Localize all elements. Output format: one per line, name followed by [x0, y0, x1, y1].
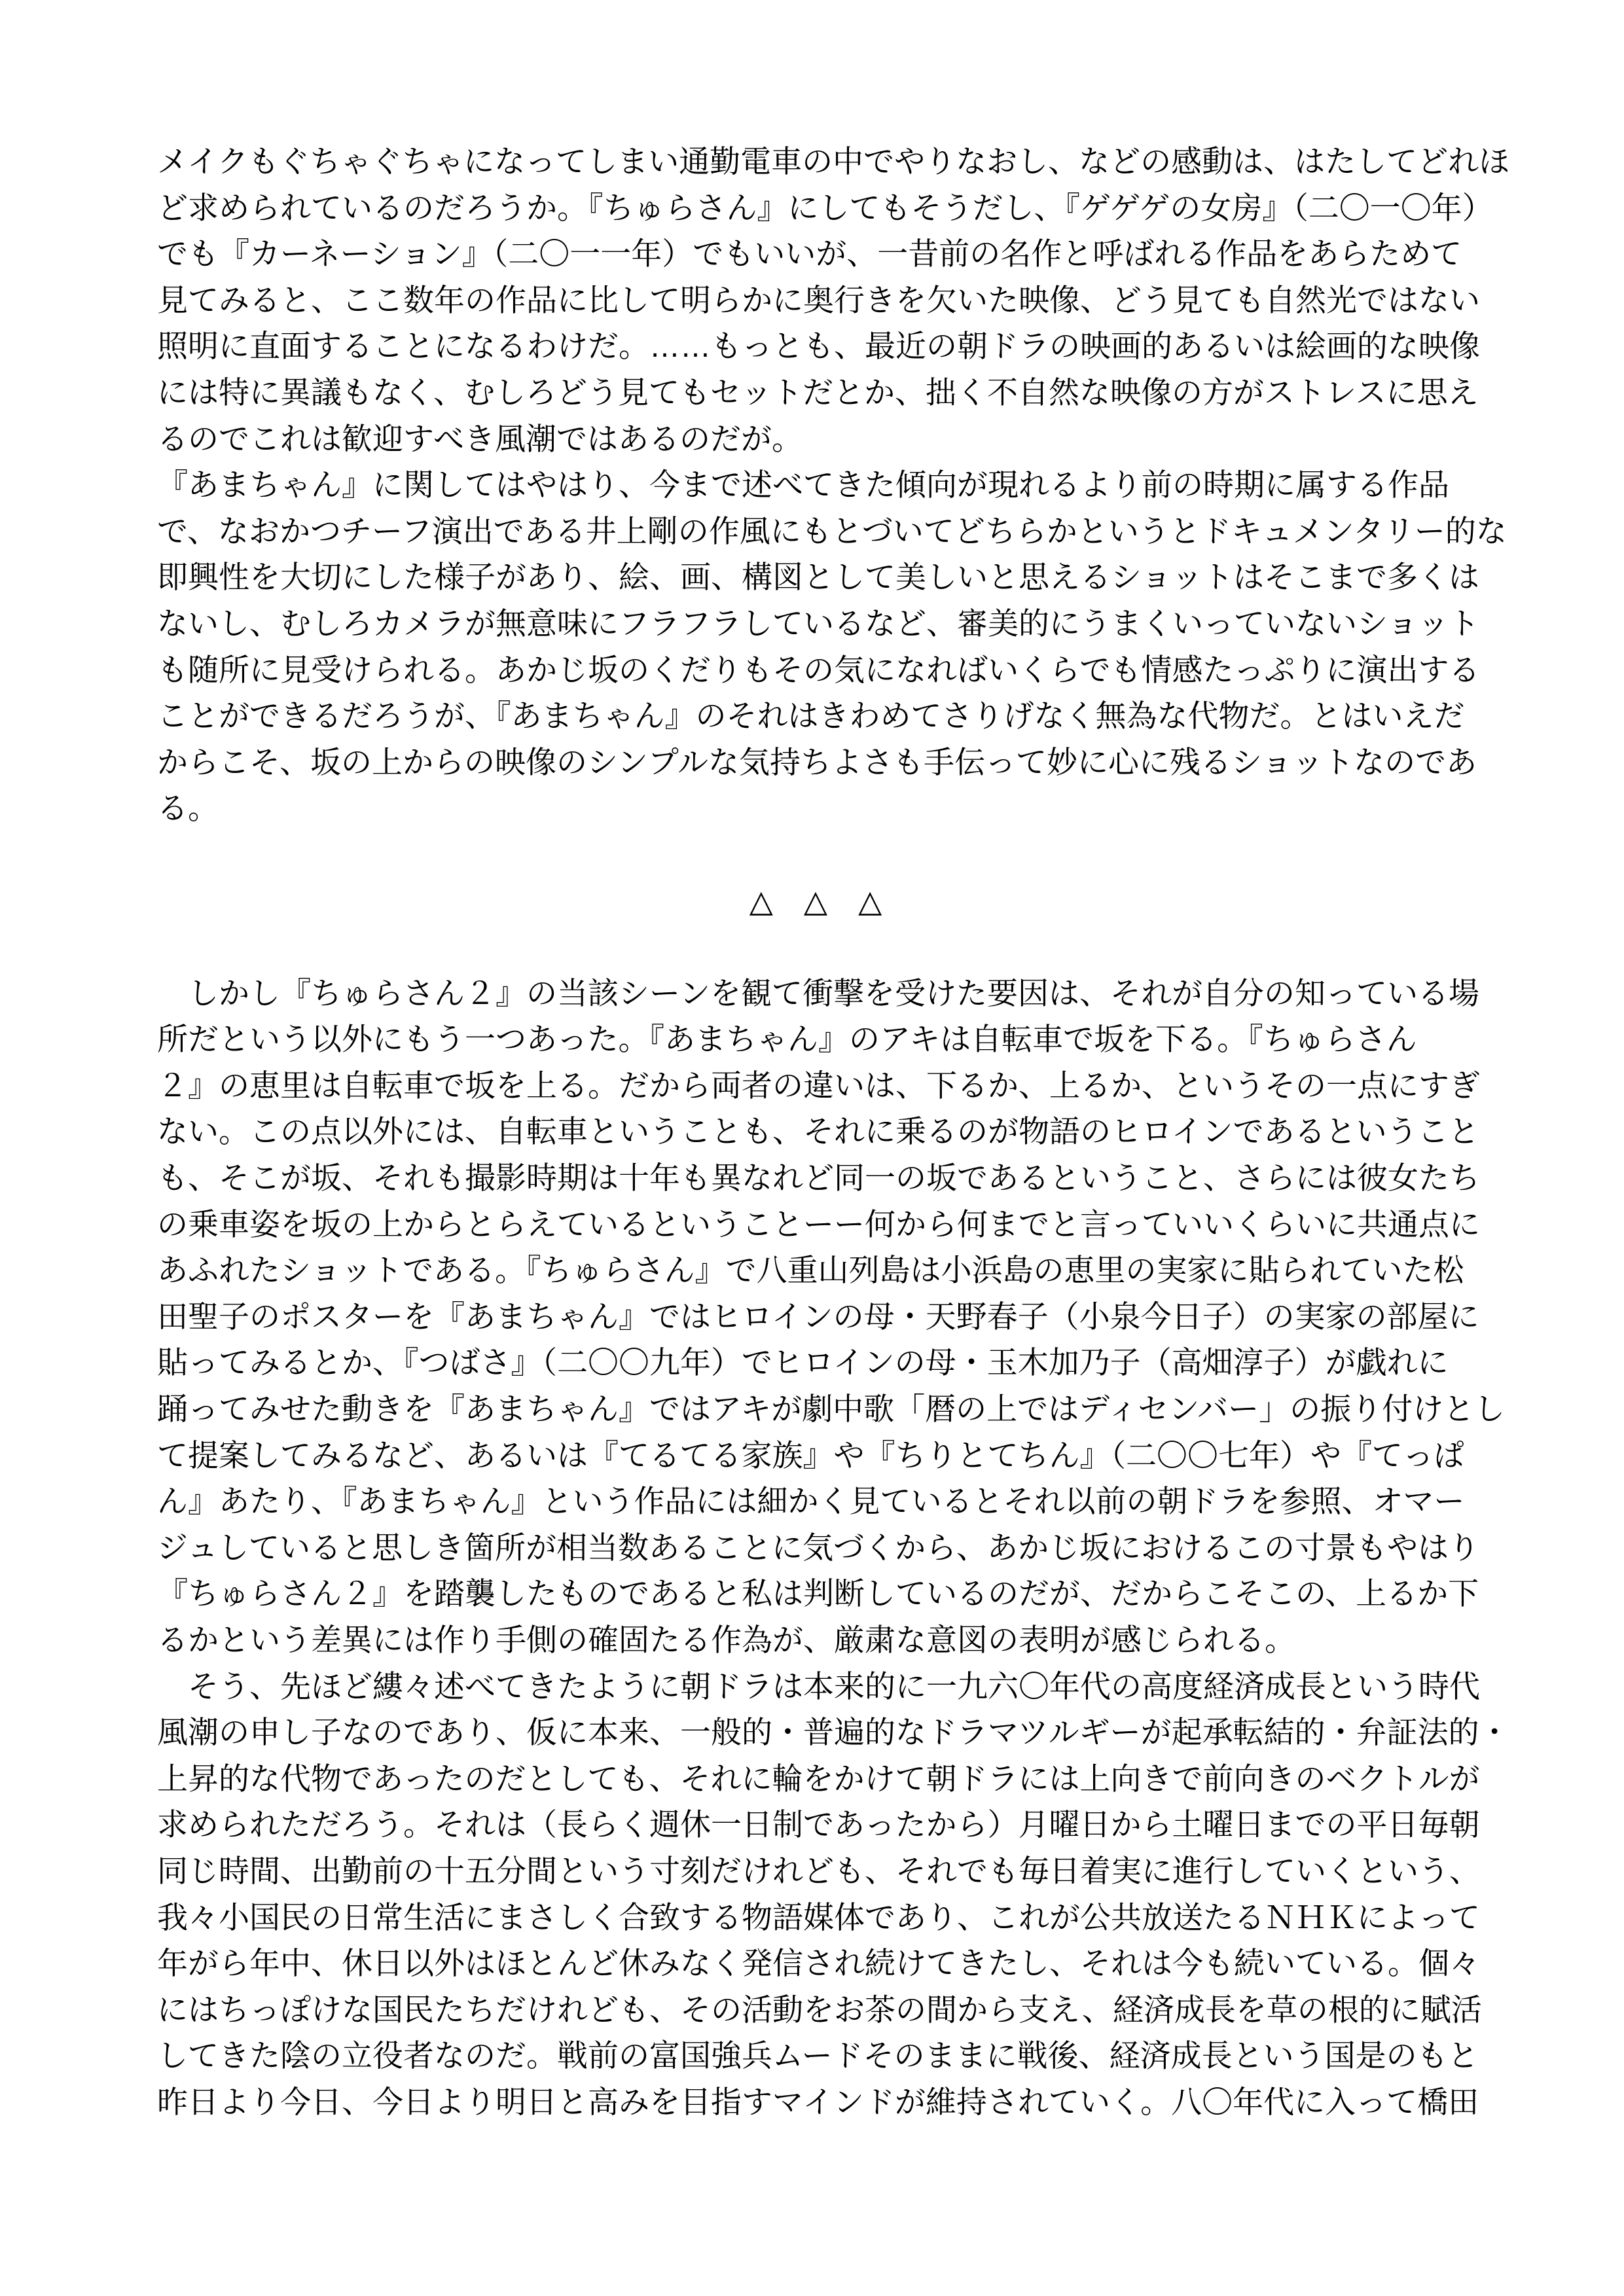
text-line: ジュしていると思しき箇所が相当数あることに気づくから、あかじ坂におけるこの寸景も… [157, 1525, 1474, 1571]
text-line: 即興性を大切にした様子があり、絵、画、構図として美しいと思えるショットはそこまで… [157, 554, 1474, 601]
text-line: の乗車姿を坂の上からとらえているということーー何から何までと言っていいくらいに共… [157, 1202, 1474, 1248]
text-line: も随所に見受けられる。あかじ坂のくだりもその気になればいくらでも情感たっぷりに演… [157, 647, 1474, 694]
text-line: にはちっぽけな国民たちだけれども、その活動をお茶の間から支え、経済成長を草の根的… [157, 1987, 1474, 2034]
text-line: 照明に直面することになるわけだ。……もっとも、最近の朝ドラの映画的あるいは絵画的… [157, 323, 1474, 370]
text-line: ことができるだろうが、『あまちゃん』のそれはきわめてさりげなく無為な代物だ。とは… [157, 693, 1474, 740]
text-line: 我々小国民の日常生活にまさしく合致する物語媒体であり、これが公共放送たるＮＨＫに… [157, 1895, 1474, 1941]
text-line: 昨日より今日、今日より明日と高みを目指すマインドが維持されていく。八〇年代に入っ… [157, 2079, 1474, 2126]
text-line: 同じ時間、出勤前の十五分間という寸刻だけれども、それでも毎日着実に進行していくと… [157, 1848, 1474, 1895]
text-line: 風潮の申し子なのであり、仮に本来、一般的・普遍的なドラマツルギーが起承転結的・弁… [157, 1710, 1474, 1756]
text-line: ない。この点以外には、自転車ということも、それに乗るのが物語のヒロインであるとい… [157, 1109, 1474, 1155]
document-page: メイクもぐちゃぐちゃになってしまい通勤電車の中でやりなおし、などの感動は、はたし… [0, 0, 1624, 2296]
text-line: で、なおかつチーフ演出である井上剛の作風にもとづいてどちらかというとドキュメンタ… [157, 509, 1474, 555]
text-line: 求められただろう。それは（長らく週休一日制であったから）月曜日から土曜日までの平… [157, 1802, 1474, 1848]
text-line: ん』あたり、『あまちゃん』という作品には細かく見ているとそれ以前の朝ドラを参照、… [157, 1479, 1474, 1525]
text-line: る。 [157, 785, 1474, 832]
text-line: 貼ってみるとか、『つばさ』（二〇〇九年）でヒロインの母・玉木加乃子（高畑淳子）が… [157, 1340, 1474, 1386]
text-line: あふれたショットである。『ちゅらさん』で八重山列島は小浜島の恵里の実家に貼られて… [157, 1247, 1474, 1294]
text-line: 田聖子のポスターを『あまちゃん』ではヒロインの母・天野春子（小泉今日子）の実家の… [157, 1294, 1474, 1340]
blank-line [157, 924, 1474, 971]
text-line: るかという差異には作り手側の確固たる作為が、厳粛な意図の表明が感じられる。 [157, 1617, 1474, 1664]
blank-line [157, 832, 1474, 878]
text-line: でも『カーネーション』（二〇一一年）でもいいが、一昔前の名作と呼ばれる作品をあら… [157, 231, 1474, 278]
text-line: メイクもぐちゃぐちゃになってしまい通勤電車の中でやりなおし、などの感動は、はたし… [157, 139, 1474, 185]
text-line: そう、先ほど縷々述べてきたように朝ドラは本来的に一九六〇年代の高度経済成長という… [157, 1664, 1474, 1710]
text-line: て提案してみるなど、あるいは『てるてる家族』や『ちりとてちん』（二〇〇七年）や『… [157, 1433, 1474, 1479]
text-line: るのでこれは歓迎すべき風潮ではあるのだが。 [157, 416, 1474, 463]
text-line: も、そこが坂、それも撮影時期は十年も異なれど同一の坂であるということ、さらには彼… [157, 1155, 1474, 1202]
text-line: ど求められているのだろうか。『ちゅらさん』にしてもそうだし、『ゲゲゲの女房』（二… [157, 185, 1474, 232]
text-line: 上昇的な代物であったのだとしても、それに輪をかけて朝ドラには上向きで前向きのベク… [157, 1756, 1474, 1803]
text-line: 『ちゅらさん２』を踏襲したものであると私は判断しているのだが、だからこそこの、上… [157, 1571, 1474, 1617]
section-separator: △ △ △ [157, 878, 1474, 925]
text-line: 見てみると、ここ数年の作品に比して明らかに奥行きを欠いた映像、どう見ても自然光で… [157, 278, 1474, 324]
text-line: してきた陰の立役者なのだ。戦前の富国強兵ムードそのままに戦後、経済成長という国是… [157, 2033, 1474, 2079]
text-line: ないし、むしろカメラが無意味にフラフラしているなど、審美的にうまくいっていないシ… [157, 601, 1474, 647]
text-body: メイクもぐちゃぐちゃになってしまい通勤電車の中でやりなおし、などの感動は、はたし… [157, 139, 1474, 2126]
text-line: からこそ、坂の上からの映像のシンプルな気持ちよさも手伝って妙に心に残るショットな… [157, 740, 1474, 786]
text-line: 『あまちゃん』に関してはやはり、今まで述べてきた傾向が現れるより前の時期に属する… [157, 462, 1474, 509]
text-line: ２』の恵里は自転車で坂を上る。だから両者の違いは、下るか、上るか、というその一点… [157, 1063, 1474, 1109]
text-line: には特に異議もなく、むしろどう見てもセットだとか、拙く不自然な映像の方がストレス… [157, 370, 1474, 416]
text-line: 年がら年中、休日以外はほとんど休みなく発信され続けてきたし、それは今も続いている… [157, 1941, 1474, 1987]
text-line: 踊ってみせた動きを『あまちゃん』ではアキが劇中歌「暦の上ではディセンバー」の振り… [157, 1386, 1474, 1433]
text-line: 所だという以外にもう一つあった。『あまちゃん』のアキは自転車で坂を下る。『ちゅら… [157, 1016, 1474, 1063]
text-line: しかし『ちゅらさん２』の当該シーンを観て衝撃を受けた要因は、それが自分の知ってい… [157, 971, 1474, 1017]
